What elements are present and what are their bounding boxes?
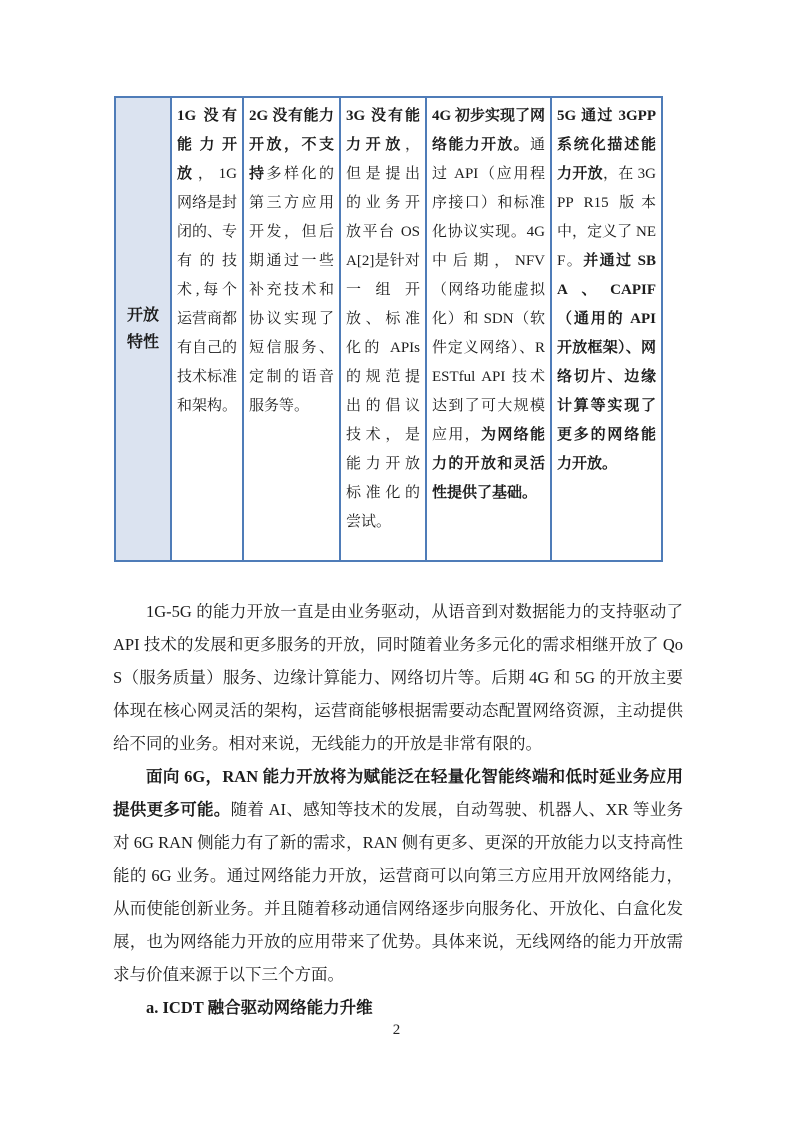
table-header-cell: 开放特性 (116, 98, 170, 560)
table-cell-3g: 3G 没有能力开放，但是提出的业务开放平台 OSA[2]是针对一组开放、标准化的… (339, 98, 425, 560)
cell-3g-text: ，但是提出的业务开放平台 OSA[2]是针对一组开放、标准化的 APIs 的规范… (346, 137, 420, 530)
cell-4g-bold-lead: 4G 初步实现了网络能力开放。 (432, 108, 545, 153)
section-heading-icdt: a. ICDT 融合驱动网络能力升维 (113, 991, 683, 1024)
body-text-block: 1G-5G 的能力开放一直是由业务驱动，从语音到对数据能力的支持驱动了 API … (113, 595, 683, 1024)
capability-openness-table: 开放特性 1G 没有能力开放，1G 网络是封闭的、专有的技术,每个运营商都有自己… (114, 96, 663, 562)
cell-2g-text: 多样化的第三方应用开发，但后期通过一些补充技术和协议实现了短信服务、定制的语音服… (249, 166, 334, 414)
table-header-label: 开放特性 (120, 302, 166, 356)
paragraph-2-text: 随着 AI、感知等技术的发展，自动驾驶、机器人、XR 等业务对 6G RAN 侧… (113, 800, 683, 984)
table-cell-4g: 4G 初步实现了网络能力开放。通过 API（应用程序接口）和标准化协议实现。4G… (425, 98, 550, 560)
paragraph-6g-ran-openness: 面向 6G，RAN 能力开放将为赋能泛在轻量化智能终端和低时延业务应用提供更多可… (113, 760, 683, 991)
cell-5g-bold-tail: 并通过 SBA、CAPIF（通用的 API 开放框架）、网络切片、边缘计算等实现… (557, 253, 656, 472)
document-page: 开放特性 1G 没有能力开放，1G 网络是封闭的、专有的技术,每个运营商都有自己… (0, 0, 793, 1122)
table-cell-2g: 2G 没有能力开放，不支持多样化的第三方应用开发，但后期通过一些补充技术和协议实… (242, 98, 339, 560)
page-number: 2 (0, 1022, 793, 1039)
cell-1g-text: ，1G 网络是封闭的、专有的技术,每个运营商都有自己的技术标准和架构。 (177, 166, 237, 414)
paragraph-capability-evolution: 1G-5G 的能力开放一直是由业务驱动，从语音到对数据能力的支持驱动了 API … (113, 595, 683, 760)
paragraph-1-text: 1G-5G 的能力开放一直是由业务驱动，从语音到对数据能力的支持驱动了 API … (113, 602, 683, 753)
table-cell-5g: 5G 通过 3GPP 系统化描述能力开放，在 3GPP R15 版本中，定义了 … (550, 98, 661, 560)
table-cell-1g: 1G 没有能力开放，1G 网络是封闭的、专有的技术,每个运营商都有自己的技术标准… (170, 98, 242, 560)
cell-4g-text: 通过 API（应用程序接口）和标准化协议实现。4G 中后期，NFV（网络功能虚拟… (432, 137, 545, 443)
